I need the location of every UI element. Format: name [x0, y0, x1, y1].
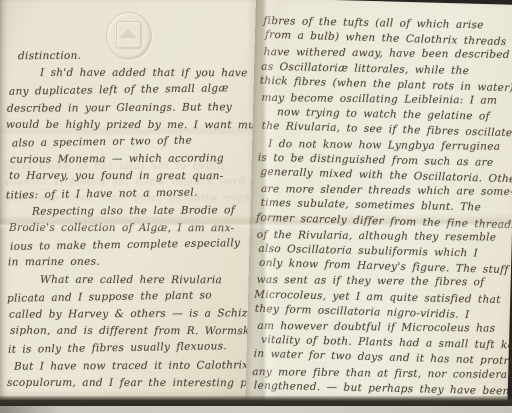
handwritten-line: What are called here Rivularia	[40, 274, 222, 286]
handwritten-line: from a bulb) when the Calothrix threads	[265, 29, 507, 48]
handwritten-line: it is only the fibres usually flexuous.	[8, 340, 227, 356]
handwritten-line: only know from Harvey's figure. The stuf…	[259, 257, 509, 276]
letter-photo: fibres of the tufts (all of which arisef…	[0, 0, 512, 413]
handwritten-line: the Rivularia, to see if the fibres osci…	[261, 120, 512, 140]
handwritten-line: described in your Gleanings. But they	[7, 101, 232, 115]
handwritten-line: I sh'd have added that if you have	[40, 67, 248, 79]
handwritten-line: of the Rivularia, although they resemble	[257, 229, 497, 244]
embossed-crest-stamp	[106, 12, 152, 60]
letter-page-right: fibres of the tufts (all of which arisef…	[245, 0, 512, 407]
handwritten-line: plicata and I suppose the plant so	[7, 289, 212, 304]
handwritten-line: any more fibre than at first, nor consid…	[252, 366, 512, 381]
handwritten-line: any duplicates left of the small algæ	[9, 82, 229, 98]
handwritten-line: also a specimen or two of the	[12, 135, 192, 150]
table-surface	[0, 406, 512, 413]
handwritten-line: But I have now traced it into Calothrix	[14, 359, 249, 372]
handwritten-line: called by Harvey & others — is a Schizo-	[9, 307, 258, 321]
handwritten-line: are more slender threads which are some-	[261, 183, 512, 198]
handwritten-line: I do not know how Lyngbya ferruginea	[268, 138, 500, 153]
handwritten-line: to Harvey, you found in great quan-	[9, 170, 224, 182]
handwritten-line: am however doubtful if Microcoleus has	[257, 320, 495, 335]
handwritten-line: have withered away, have been described	[264, 46, 510, 61]
handwritten-line: curious Monema — which according	[10, 152, 224, 165]
handwritten-line: times subulate, sometimes blunt. The	[261, 197, 482, 214]
handwritten-line: would be highly prized by me. I want muc…	[6, 119, 268, 132]
handwritten-line: as Oscillatoriæ littorales, while the	[261, 61, 469, 77]
handwritten-line: scopulorum, and I fear the interesting p…	[7, 377, 269, 389]
handwritten-line: in water for two days and it has not pro…	[254, 348, 512, 368]
handwritten-line: may become oscillating Leibleinia: I am	[261, 92, 497, 107]
handwritten-line: they form oscillatoria nigro-viridis. I	[255, 303, 470, 321]
handwritten-line: Respecting also the late Brodie of	[32, 204, 235, 217]
handwritten-line: thick fibres (when the plant rots in wat…	[260, 75, 512, 95]
handwritten-line: was sent as if they were the fibres of	[257, 274, 485, 289]
letter-page-left: fibres of the tufts (all of which arisef…	[0, 0, 266, 400]
embossed-crest-chevron	[119, 29, 137, 38]
handwritten-line: in marine ones.	[8, 256, 100, 269]
handwritten-line: ious to make them complete especially	[10, 237, 240, 253]
handwritten-line: Brodie's collection of Algæ, I am anx-	[9, 222, 235, 234]
handwritten-line: distinction.	[18, 50, 81, 62]
